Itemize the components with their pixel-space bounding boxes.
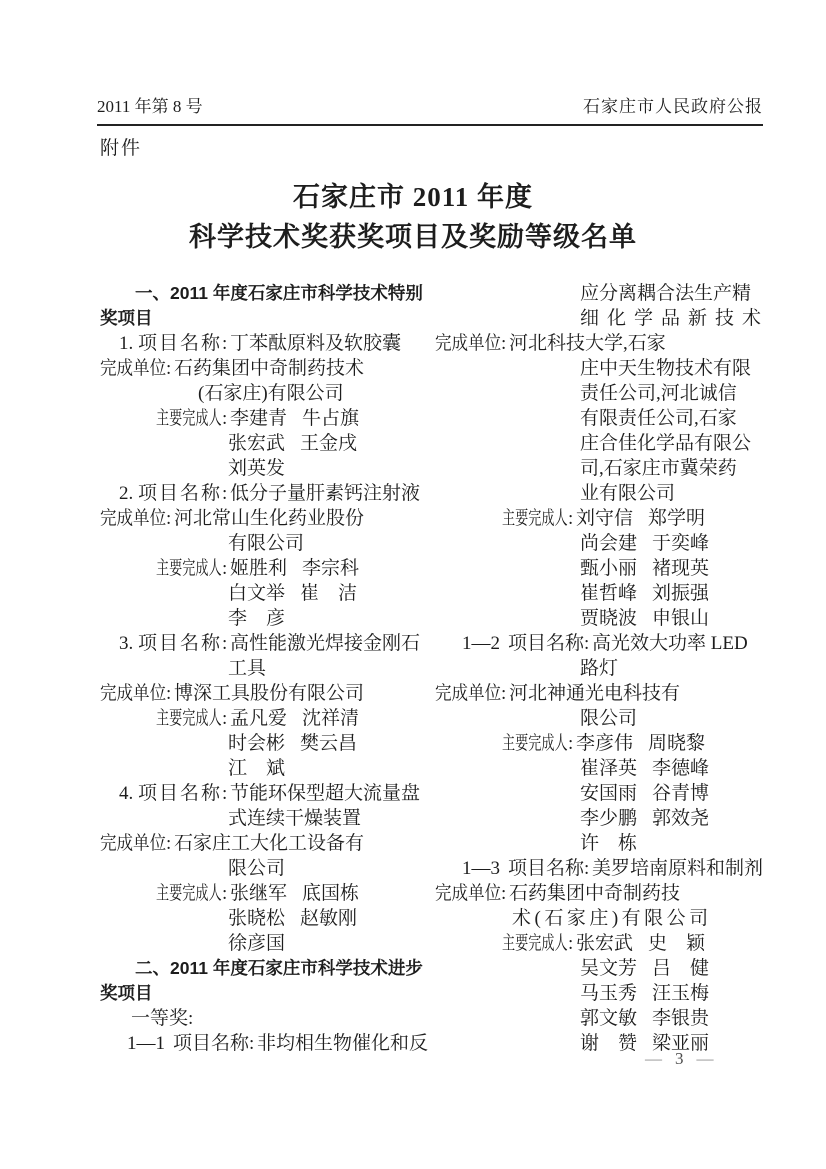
label-colon: : xyxy=(166,681,174,706)
line-names: 安国雨谷青博 xyxy=(435,781,760,806)
line-names: 崔泽英李德峰 xyxy=(435,756,760,781)
person-name: 张宏武 xyxy=(576,931,633,956)
project-name: 丁苯酞原料及软胶囊 xyxy=(230,333,401,354)
field-label: 项目名称 xyxy=(138,331,222,356)
label-colon: : xyxy=(584,856,592,881)
page-header: 2011 年第 8 号 石家庄市人民政府公报 xyxy=(97,92,763,126)
line-names: 郭文敏李银贵 xyxy=(435,1006,760,1031)
person-name: 姬胜利 xyxy=(230,556,287,581)
field-label: 完成单位 xyxy=(100,831,157,856)
field-label: 完成单位 xyxy=(435,881,492,906)
line-names: 李 彦 xyxy=(100,606,418,631)
person-name: 谷青博 xyxy=(652,781,709,806)
line-names: 崔哲峰刘振强 xyxy=(435,581,760,606)
field-value: 河北神通光电科技有 xyxy=(509,683,680,704)
project-number: 2. xyxy=(119,481,138,506)
line-names: 刘英发 xyxy=(100,456,418,481)
person-name: 李宗科 xyxy=(302,556,359,581)
person-name: 李彦伟 xyxy=(576,731,633,756)
label-colon: : xyxy=(568,931,576,956)
person-name: 张继军 xyxy=(230,881,287,906)
person-name: 张宏武 xyxy=(228,431,285,456)
line-project: 3.项目名称:高性能激光焊接金刚石 xyxy=(100,631,418,656)
field-label: 项目名称 xyxy=(138,481,222,506)
field-label: 主要完成人 xyxy=(156,881,202,906)
line-heading_indent: 二、2011 年度石家庄市科学技术进步 xyxy=(100,956,418,981)
field-label: 主要完成人 xyxy=(156,406,202,431)
line-heading_flush: 奖项目 xyxy=(100,306,418,331)
person-name: 尚会建 xyxy=(580,531,637,556)
person-name: 周晓黎 xyxy=(648,731,705,756)
line-cont: 庄合佳化学品有限公 xyxy=(435,431,760,456)
project-number: 1—3 xyxy=(462,856,500,881)
field-label: 主要完成人 xyxy=(502,731,548,756)
project-name: 高光效大功率 LED xyxy=(592,633,748,654)
label-colon: : xyxy=(166,506,174,531)
page-number-dash-right: — xyxy=(697,1049,714,1069)
field-label: 主要完成人 xyxy=(156,556,202,581)
line-names: 主要完成人:孟凡爱沈祥清 xyxy=(100,706,418,731)
gazette-name: 石家庄市人民政府公报 xyxy=(583,92,763,117)
label-colon: : xyxy=(166,356,174,381)
field-value: 石家庄工大化工设备有 xyxy=(174,833,364,854)
column-right: 应分离耦合法生产精细化学品新技术完成单位:河北科技大学,石家庄中天生物技术有限责… xyxy=(435,281,760,1056)
line-names: 主要完成人:刘守信郑学明 xyxy=(435,506,760,531)
person-name: 吴文芳 xyxy=(580,956,637,981)
person-name: 马玉秀 xyxy=(580,981,637,1006)
line-field: 完成单位:河北常山生化药业股份 xyxy=(100,506,418,531)
person-name: 吕 健 xyxy=(652,956,709,981)
person-name: 李德峰 xyxy=(652,756,709,781)
project-name: 高性能激光焊接金刚石 xyxy=(230,633,420,654)
page-number: — 3 — xyxy=(645,1049,714,1069)
person-name: 赵敏刚 xyxy=(300,906,357,931)
line-project: 1—2项目名称:高光效大功率 LED xyxy=(435,631,760,656)
label-colon: : xyxy=(222,331,230,356)
line-heading_flush: 奖项目 xyxy=(100,981,418,1006)
line-names: 吴文芳吕 健 xyxy=(435,956,760,981)
line-cont_paren: 术(石家庄)有限公司 xyxy=(435,906,760,931)
project-number: 1. xyxy=(119,331,138,356)
project-number: 1—2 xyxy=(462,631,500,656)
label-colon: : xyxy=(568,506,576,531)
person-name: 时会彬 xyxy=(228,731,285,756)
project-number: 4. xyxy=(119,781,138,806)
line-cont: 限公司 xyxy=(435,706,760,731)
field-label: 项目名称 xyxy=(138,631,222,656)
label-colon: : xyxy=(222,881,230,906)
person-name: 于奕峰 xyxy=(652,531,709,556)
column-left: 一、2011 年度石家庄市科学技术特别奖项目1.项目名称:丁苯酞原料及软胶囊完成… xyxy=(100,281,418,1056)
line-names: 白文举崔 洁 xyxy=(100,581,418,606)
line-field: 完成单位:河北神通光电科技有 xyxy=(435,681,760,706)
line-cont: 应分离耦合法生产精 xyxy=(435,281,760,306)
field-label: 项目名称 xyxy=(508,631,584,656)
person-name: 孟凡爱 xyxy=(230,706,287,731)
person-name: 申银山 xyxy=(652,606,709,631)
label-colon: : xyxy=(501,681,509,706)
person-name: 郑学明 xyxy=(648,506,705,531)
page-number-dash-left: — xyxy=(645,1049,662,1069)
line-names: 主要完成人:李彦伟周晓黎 xyxy=(435,731,760,756)
line-cont: 司,石家庄市冀荣药 xyxy=(435,456,760,481)
line-names: 主要完成人:姬胜利李宗科 xyxy=(100,556,418,581)
field-label: 主要完成人 xyxy=(502,931,548,956)
field-label: 主要完成人 xyxy=(502,506,548,531)
label-colon: : xyxy=(222,481,230,506)
person-name: 许 栋 xyxy=(580,831,637,856)
label-colon: : xyxy=(584,631,592,656)
line-cont: 责任公司,河北诚信 xyxy=(435,381,760,406)
line-names: 尚会建于奕峰 xyxy=(435,531,760,556)
person-name: 刘守信 xyxy=(576,506,633,531)
person-name: 白文举 xyxy=(228,581,285,606)
person-name: 沈祥清 xyxy=(302,706,359,731)
document-title: 石家庄市 2011 年度 科学技术奖获奖项目及奖励等级名单 xyxy=(0,177,826,257)
page-number-value: 3 xyxy=(675,1049,684,1069)
line-names: 张晓松赵敏刚 xyxy=(100,906,418,931)
line-cont: 业有限公司 xyxy=(435,481,760,506)
project-name: 美罗培南原料和制剂 xyxy=(592,858,763,879)
line-names: 主要完成人:张继军底国栋 xyxy=(100,881,418,906)
project-name: 低分子量肝素钙注射液 xyxy=(230,483,420,504)
label-colon: : xyxy=(222,781,230,806)
project-name: 非均相生物催化和反 xyxy=(257,1033,428,1054)
person-name: 李建青 xyxy=(230,406,287,431)
line-heading_indent: 一、2011 年度石家庄市科学技术特别 xyxy=(100,281,418,306)
label-colon: : xyxy=(249,1031,257,1056)
person-name: 崔 洁 xyxy=(300,581,357,606)
person-name: 贾晓波 xyxy=(580,606,637,631)
person-name: 牛占旗 xyxy=(302,406,359,431)
person-name: 刘振强 xyxy=(652,581,709,606)
field-value: 河北科技大学,石家 xyxy=(509,333,666,354)
line-names: 许 栋 xyxy=(435,831,760,856)
person-name: 崔泽英 xyxy=(580,756,637,781)
label-colon: : xyxy=(222,556,230,581)
label-colon: : xyxy=(568,731,576,756)
document-title-line1: 石家庄市 2011 年度 xyxy=(0,177,826,217)
person-name: 李银贵 xyxy=(652,1006,709,1031)
line-names: 张宏武王金戌 xyxy=(100,431,418,456)
field-label: 主要完成人 xyxy=(156,706,202,731)
line-field: 完成单位:石药集团中奇制药技 xyxy=(435,881,760,906)
line-cont: 式连续干燥装置 xyxy=(100,806,418,831)
label-colon: : xyxy=(222,631,230,656)
field-value: 博深工具股份有限公司 xyxy=(174,683,364,704)
line-cont: 有限公司 xyxy=(100,531,418,556)
person-name: 史 颖 xyxy=(648,931,705,956)
line-names: 主要完成人:李建青牛占旗 xyxy=(100,406,418,431)
line-names: 时会彬樊云昌 xyxy=(100,731,418,756)
field-value: 石药集团中奇制药技术 xyxy=(174,358,364,379)
person-name: 张晓松 xyxy=(228,906,285,931)
person-name: 郭文敏 xyxy=(580,1006,637,1031)
project-name: 节能环保型超大流量盘 xyxy=(230,783,420,804)
field-label: 完成单位 xyxy=(100,681,157,706)
line-cont: 限公司 xyxy=(100,856,418,881)
person-name: 崔哲峰 xyxy=(580,581,637,606)
line-field: 完成单位:石家庄工大化工设备有 xyxy=(100,831,418,856)
field-label: 完成单位 xyxy=(100,506,157,531)
label-colon: : xyxy=(222,406,230,431)
line-names: 李少鹏郭效尧 xyxy=(435,806,760,831)
project-number: 1—1 xyxy=(127,1031,165,1056)
label-colon: : xyxy=(166,831,174,856)
line-names: 贾晓波申银山 xyxy=(435,606,760,631)
person-name: 樊云昌 xyxy=(300,731,357,756)
label-colon: : xyxy=(501,331,509,356)
line-names: 甄小丽褚现英 xyxy=(435,556,760,581)
person-name: 郭效尧 xyxy=(652,806,709,831)
field-label: 完成单位 xyxy=(435,331,492,356)
line-names: 徐彦国 xyxy=(100,931,418,956)
line-grade: 一等奖: xyxy=(100,1006,418,1031)
line-project: 1—3项目名称:美罗培南原料和制剂 xyxy=(435,856,760,881)
line-project: 4.项目名称:节能环保型超大流量盘 xyxy=(100,781,418,806)
person-name: 安国雨 xyxy=(580,781,637,806)
line-project: 1—1项目名称:非均相生物催化和反 xyxy=(100,1031,418,1056)
line-names: 江 斌 xyxy=(100,756,418,781)
document-body: 一、2011 年度石家庄市科学技术特别奖项目1.项目名称:丁苯酞原料及软胶囊完成… xyxy=(100,281,760,1056)
line-cont: 庄中天生物技术有限 xyxy=(435,356,760,381)
person-name: 谢 赞 xyxy=(580,1031,637,1056)
label-colon: : xyxy=(222,706,230,731)
person-name: 刘英发 xyxy=(228,456,285,481)
field-value: 河北常山生化药业股份 xyxy=(174,508,364,529)
project-number: 3. xyxy=(119,631,138,656)
person-name: 底国栋 xyxy=(302,881,359,906)
line-project: 2.项目名称:低分子量肝素钙注射液 xyxy=(100,481,418,506)
person-name: 王金戌 xyxy=(300,431,357,456)
line-cont_paren: (石家庄)有限公司 xyxy=(100,381,418,406)
document-title-line2: 科学技术奖获奖项目及奖励等级名单 xyxy=(0,217,826,257)
label-colon: : xyxy=(501,881,509,906)
line-cont: 路灯 xyxy=(435,656,760,681)
field-label: 项目名称 xyxy=(508,856,584,881)
line-field: 完成单位:博深工具股份有限公司 xyxy=(100,681,418,706)
person-name: 甄小丽 xyxy=(580,556,637,581)
line-cont: 工具 xyxy=(100,656,418,681)
person-name: 李 彦 xyxy=(228,606,285,631)
person-name: 汪玉梅 xyxy=(652,981,709,1006)
field-label: 项目名称 xyxy=(173,1031,249,1056)
field-value: 石药集团中奇制药技 xyxy=(509,883,680,904)
person-name: 徐彦国 xyxy=(228,931,285,956)
line-cont: 有限责任公司,石家 xyxy=(435,406,760,431)
attachment-label: 附件 xyxy=(100,133,142,160)
line-field: 完成单位:河北科技大学,石家 xyxy=(435,331,760,356)
field-label: 完成单位 xyxy=(100,356,157,381)
person-name: 江 斌 xyxy=(228,756,285,781)
line-cont_spread: 细化学品新技术 xyxy=(435,306,760,331)
line-names: 主要完成人:张宏武史 颖 xyxy=(435,931,760,956)
line-field: 完成单位:石药集团中奇制药技术 xyxy=(100,356,418,381)
person-name: 李少鹏 xyxy=(580,806,637,831)
field-label: 完成单位 xyxy=(435,681,492,706)
field-label: 项目名称 xyxy=(138,781,222,806)
line-names: 马玉秀汪玉梅 xyxy=(435,981,760,1006)
person-name: 褚现英 xyxy=(652,556,709,581)
issue-number: 2011 年第 8 号 xyxy=(97,92,203,117)
gazette-page: 2011 年第 8 号 石家庄市人民政府公报 附件 石家庄市 2011 年度 科… xyxy=(0,0,826,1169)
line-project: 1.项目名称:丁苯酞原料及软胶囊 xyxy=(100,331,418,356)
